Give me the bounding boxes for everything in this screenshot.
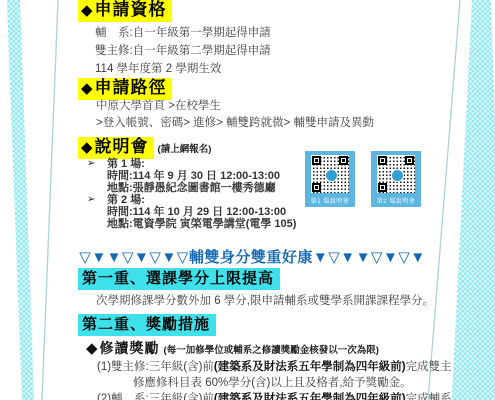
section-title-path: ◆申請路徑: [78, 78, 172, 100]
info-session-note: (請上網報名): [158, 144, 212, 155]
qr-center-logo-icon: [391, 169, 404, 182]
diamond-icon: ◆: [86, 340, 99, 357]
benefit-1-title: 第一重、選課學分上限提高: [78, 268, 280, 290]
diamond-icon: ◆: [81, 139, 94, 156]
banner-text: 輔雙身分雙重好康: [189, 249, 313, 266]
qualification-line-double-major: 雙主修:自一年級第二學期起得申請: [95, 42, 271, 60]
left-border-band: [0, 0, 40, 400]
award-item-1-line-1: (1)雙主修:三年級(含)前(建築系及財法系五年學制為四年級前)完成雙主: [97, 358, 452, 374]
award-item-2-bold: (建築系及財法系五年學制為四年級前): [214, 393, 406, 400]
qualification-line-effective: 114 學年度第 2 學期生效: [95, 60, 271, 78]
arrow-bullet-icon: ➢: [87, 158, 95, 170]
banner-right-triangles: ▼▽▼▼▽▼▽▼: [313, 249, 426, 266]
qr-card-session-1[interactable]: 第1 場說明會: [305, 151, 355, 207]
diamond-icon: ◆: [81, 80, 94, 97]
session-2-time: 時間:114 年 10 月 29 日 12:00-13:00: [107, 206, 296, 218]
session-1-name: ➢第 1 場:: [107, 158, 296, 170]
award-item-1-bold: (建築系及財法系五年學制為四年級前): [214, 361, 406, 373]
qr-code-icon: [311, 155, 349, 193]
path-step-line-2: >登入帳號、密碼> 進修> 輔雙跨就微> 輔雙申請及異動: [96, 115, 374, 132]
session-2-name: ➢第 2 場:: [107, 194, 296, 206]
session-2-place: 地點:電資學院 寅棨電學講堂(電學 105): [107, 218, 296, 230]
poster-page: ◆申請資格 輔 系:自一年級第一學期起得申請 雙主修:自一年級第二學期起得申請 …: [0, 0, 495, 400]
path-step-line-1: 中原大學首頁 >在校學生: [96, 98, 374, 115]
section-title-qualifications: ◆申請資格: [78, 0, 172, 22]
award-note: (每一加修學位或輔系之修讀獎勵金核發以一次為限): [164, 345, 379, 356]
qr-caption-session-2: 第2 場說明會: [377, 196, 416, 205]
award-item-1-line-2: 修應修科目表 60%學分(含)以上且及格者,給予獎勵金。: [133, 374, 412, 390]
info-session-title-text: 說明會: [95, 137, 149, 156]
arrow-bullet-icon: ➢: [87, 194, 95, 206]
banner-left-triangles: ▽▼▼▽▼▽▼▽: [79, 249, 189, 266]
qualifications-title-text: 申請資格: [95, 0, 167, 19]
session-1-place: 地點:張靜愚紀念圖書館一樓秀德廳: [107, 182, 296, 194]
benefit-2-title: 第二重、獎勵措施: [78, 314, 216, 336]
award-item-2-line-1: (2)輔 系:三年級(含)前(建築系及財法系五年學制為四年級前)完成輔系: [97, 390, 452, 400]
qr-center-logo-icon: [325, 169, 338, 182]
right-border-band: [449, 0, 495, 400]
qr-card-session-2[interactable]: 第2 場說明會: [371, 151, 421, 207]
benefits-banner: ▽▼▼▽▼▽▼▽輔雙身分雙重好康▼▽▼▼▽▼▽▼: [70, 246, 435, 267]
qr-code-icon: [377, 155, 415, 193]
section-title-info-session: ◆說明會: [78, 137, 154, 159]
session-1-time: 時間:114 年 9 月 30 日 12:00-13:00: [107, 170, 296, 182]
path-title-text: 申請路徑: [95, 78, 167, 97]
award-title: ◆修讀獎勵: [86, 340, 160, 356]
diamond-icon: ◆: [81, 2, 94, 19]
qr-caption-session-1: 第1 場說明會: [311, 196, 350, 205]
qualification-line-minor: 輔 系:自一年級第一學期起得申請: [95, 24, 271, 42]
benefit-1-body: 次學期修課學分數外加 6 學分,限申請輔系或雙學系開課課程學分。: [96, 292, 434, 308]
